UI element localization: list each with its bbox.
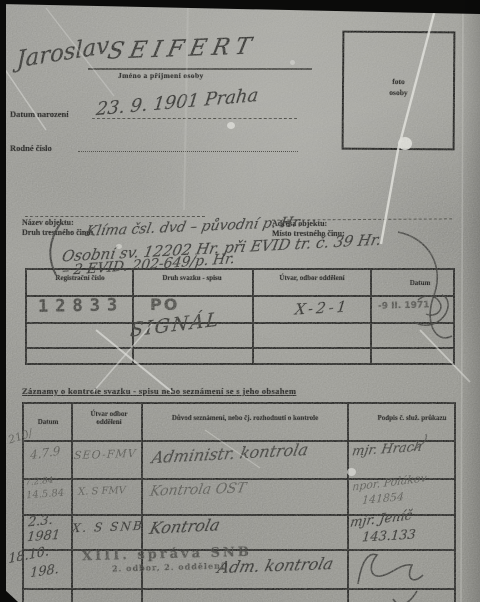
records-col-divider-1 <box>71 404 73 602</box>
record-row3-date-line2: 1981 <box>26 528 61 545</box>
record-row3-reason: Kontrola <box>148 515 222 538</box>
birth-date-label: Datum narození <box>10 109 69 119</box>
photo-box-label-line1: foto <box>344 77 453 87</box>
records-row-rule-4 <box>24 588 454 590</box>
paper-blemish-1 <box>398 137 412 150</box>
paper-blemish-3 <box>347 468 356 476</box>
registry-header-datum: Datum <box>383 279 457 287</box>
personal-number-label: Rodné číslo <box>10 143 52 153</box>
records-header-podpis: Podpis č. služ. průkazu <box>367 414 457 422</box>
scan-edge-top <box>0 0 480 14</box>
paper-blemish-2 <box>227 122 235 129</box>
registry-date-stamp: -9 II. 1971 <box>378 300 430 311</box>
name-rule <box>88 68 312 70</box>
records-heading: Záznamy o kontrole svazku - spisu nebo s… <box>22 386 296 396</box>
registry-header-druh: Druh svazku - spisu <box>152 274 232 282</box>
scanned-file-card: Jaroslav SEIFERT Jméno a příjmení osoby … <box>0 0 480 602</box>
registry-header-utvar: Útvar, odbor oddělení <box>272 274 352 282</box>
registry-table: Registrační číslo Druh svazku - spisu Út… <box>25 268 455 365</box>
paper-blemish-4 <box>116 244 122 249</box>
paper-blemish-5 <box>290 60 295 65</box>
registry-row-rule-1 <box>27 322 453 324</box>
left-margin-scratch <box>4 68 46 130</box>
record-row3-signature-line2: 143.133 <box>361 528 416 546</box>
record-row1-unit: SEO-FMV <box>74 447 137 462</box>
scan-edge-right-shadow <box>458 0 480 602</box>
record-row2-reason: Kontrola OST <box>149 480 248 499</box>
records-header-duvod: Důvod seznámení, nebo čj. rozhodnutí o k… <box>169 414 321 422</box>
name-last-handwritten: SEIFERT <box>105 33 259 64</box>
record-row3-unit: X. S SNB <box>71 519 144 536</box>
records-header-datum: Datum <box>26 418 70 426</box>
records-col-divider-3 <box>347 404 349 602</box>
record-row2-unit: X. S FMV <box>78 485 126 498</box>
scan-edge-left <box>0 0 6 602</box>
registry-col-divider-1 <box>132 270 134 363</box>
photo-box: foto osoby <box>342 31 456 151</box>
photo-box-label-line2: osoby <box>344 88 453 98</box>
records-header-utvar: Útvar odbor oddělení <box>87 410 131 426</box>
crime-type-label: Druh trestného činu: <box>22 228 93 237</box>
name-label: Jméno a příjmení osoby <box>118 71 204 80</box>
birth-date-rule <box>92 118 297 119</box>
registry-header-regno: Registrační číslo <box>45 274 115 282</box>
registry-col-divider-2 <box>252 270 254 363</box>
registry-col-divider-3 <box>370 270 372 363</box>
personal-number-rule <box>78 151 298 152</box>
birth-date-handwritten: 23. 9. 1901 Praha <box>95 85 260 120</box>
object-rule-left <box>25 216 205 217</box>
volume-type-stamp: PO <box>150 295 179 314</box>
object-name-label: Název objektu: <box>22 218 74 227</box>
registry-number-stamp: 12833 <box>38 295 125 317</box>
registry-row-rule-2 <box>27 347 453 349</box>
unit-handwritten: X-2-1 <box>294 298 351 319</box>
